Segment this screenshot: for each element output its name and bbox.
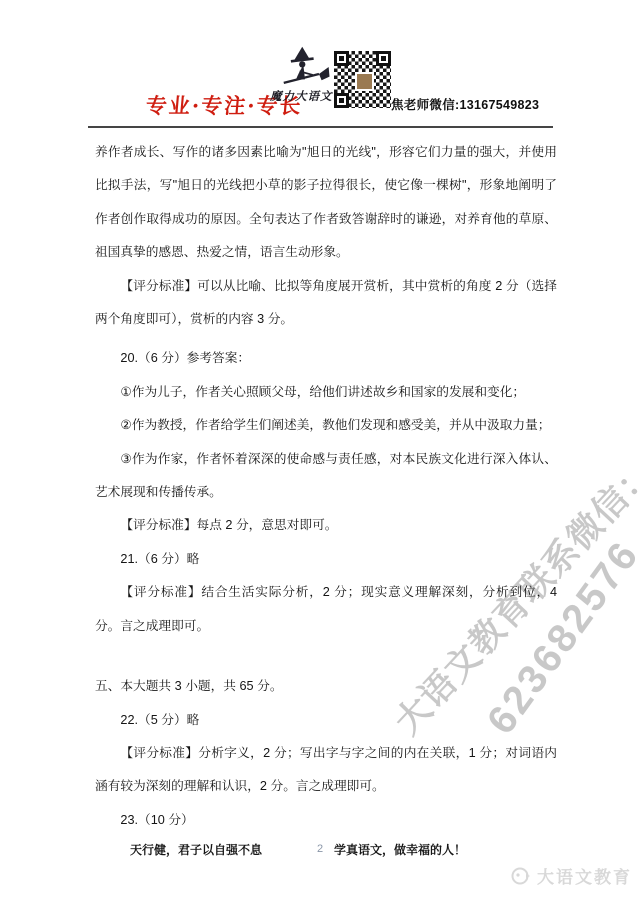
question-22-heading: 22.（5 分）略 <box>95 704 557 737</box>
brand-mascot-icon <box>509 865 531 887</box>
answer-key-body: 养作者成长、写作的诸多因素比喻为"旭日的光线"，形容它们力量的强大，并使用比拟手… <box>95 136 557 837</box>
qr-code-icon <box>334 51 391 108</box>
brand-watermark: 大语文教育 <box>509 863 632 888</box>
scoring-standard-paragraph: 【评分标准】可以从比喻、比拟等角度展开赏析，其中赏析的角度 2 分（选择两个角度… <box>95 270 557 337</box>
footer-motto-right: 学真语文，做幸福的人！ <box>334 841 466 858</box>
logo-caption: 魔力大语文 <box>270 88 333 104</box>
scoring-standard-paragraph: 【评分标准】结合生活实际分析，2 分；现实意义理解深刻，分析到位，4 分。言之成… <box>95 576 557 643</box>
question-21-heading: 21.（6 分）略 <box>95 543 557 576</box>
answer-point-1: ①作为儿子，作者关心照顾父母，给他们讲述故乡和国家的发展和变化； <box>95 376 557 409</box>
header-divider <box>88 126 553 128</box>
witch-on-broom-icon <box>277 45 331 89</box>
scanned-answer-page: 专业·专注·专长 魔力大语文 焦老师微信:13167549823 大语文教育联系… <box>0 0 640 906</box>
qr-finder-icon <box>376 51 391 66</box>
qr-finder-icon <box>334 93 349 108</box>
brand-name: 大语文教育 <box>537 863 632 888</box>
page-number: 2 <box>317 843 323 855</box>
document-paragraph: 养作者成长、写作的诸多因素比喻为"旭日的光线"，形容它们力量的强大，并使用比拟手… <box>95 136 557 270</box>
teacher-wechat-contact: 焦老师微信:13167549823 <box>391 95 539 113</box>
qr-center-logo <box>355 72 374 91</box>
scoring-standard-paragraph: 【评分标准】分析字义，2 分；写出字与字之间的内在关联，1 分；对词语内涵有较为… <box>95 737 557 804</box>
answer-point-3: ③作为作家，作者怀着深深的使命感与责任感，对本民族文化进行深入体认、艺术展现和传… <box>95 443 557 510</box>
qr-finder-icon <box>334 51 349 66</box>
footer-motto-left: 天行健，君子以自强不息 <box>130 841 262 858</box>
section-5-heading: 五、本大题共 3 小题，共 65 分。 <box>95 670 557 703</box>
scoring-standard-paragraph: 【评分标准】每点 2 分，意思对即可。 <box>95 509 557 542</box>
question-23-heading: 23.（10 分） <box>95 804 557 837</box>
answer-point-2: ②作为教授，作者给学生们阐述美，教他们发现和感受美，并从中汲取力量； <box>95 409 557 442</box>
question-20-heading: 20.（6 分）参考答案： <box>95 342 557 375</box>
